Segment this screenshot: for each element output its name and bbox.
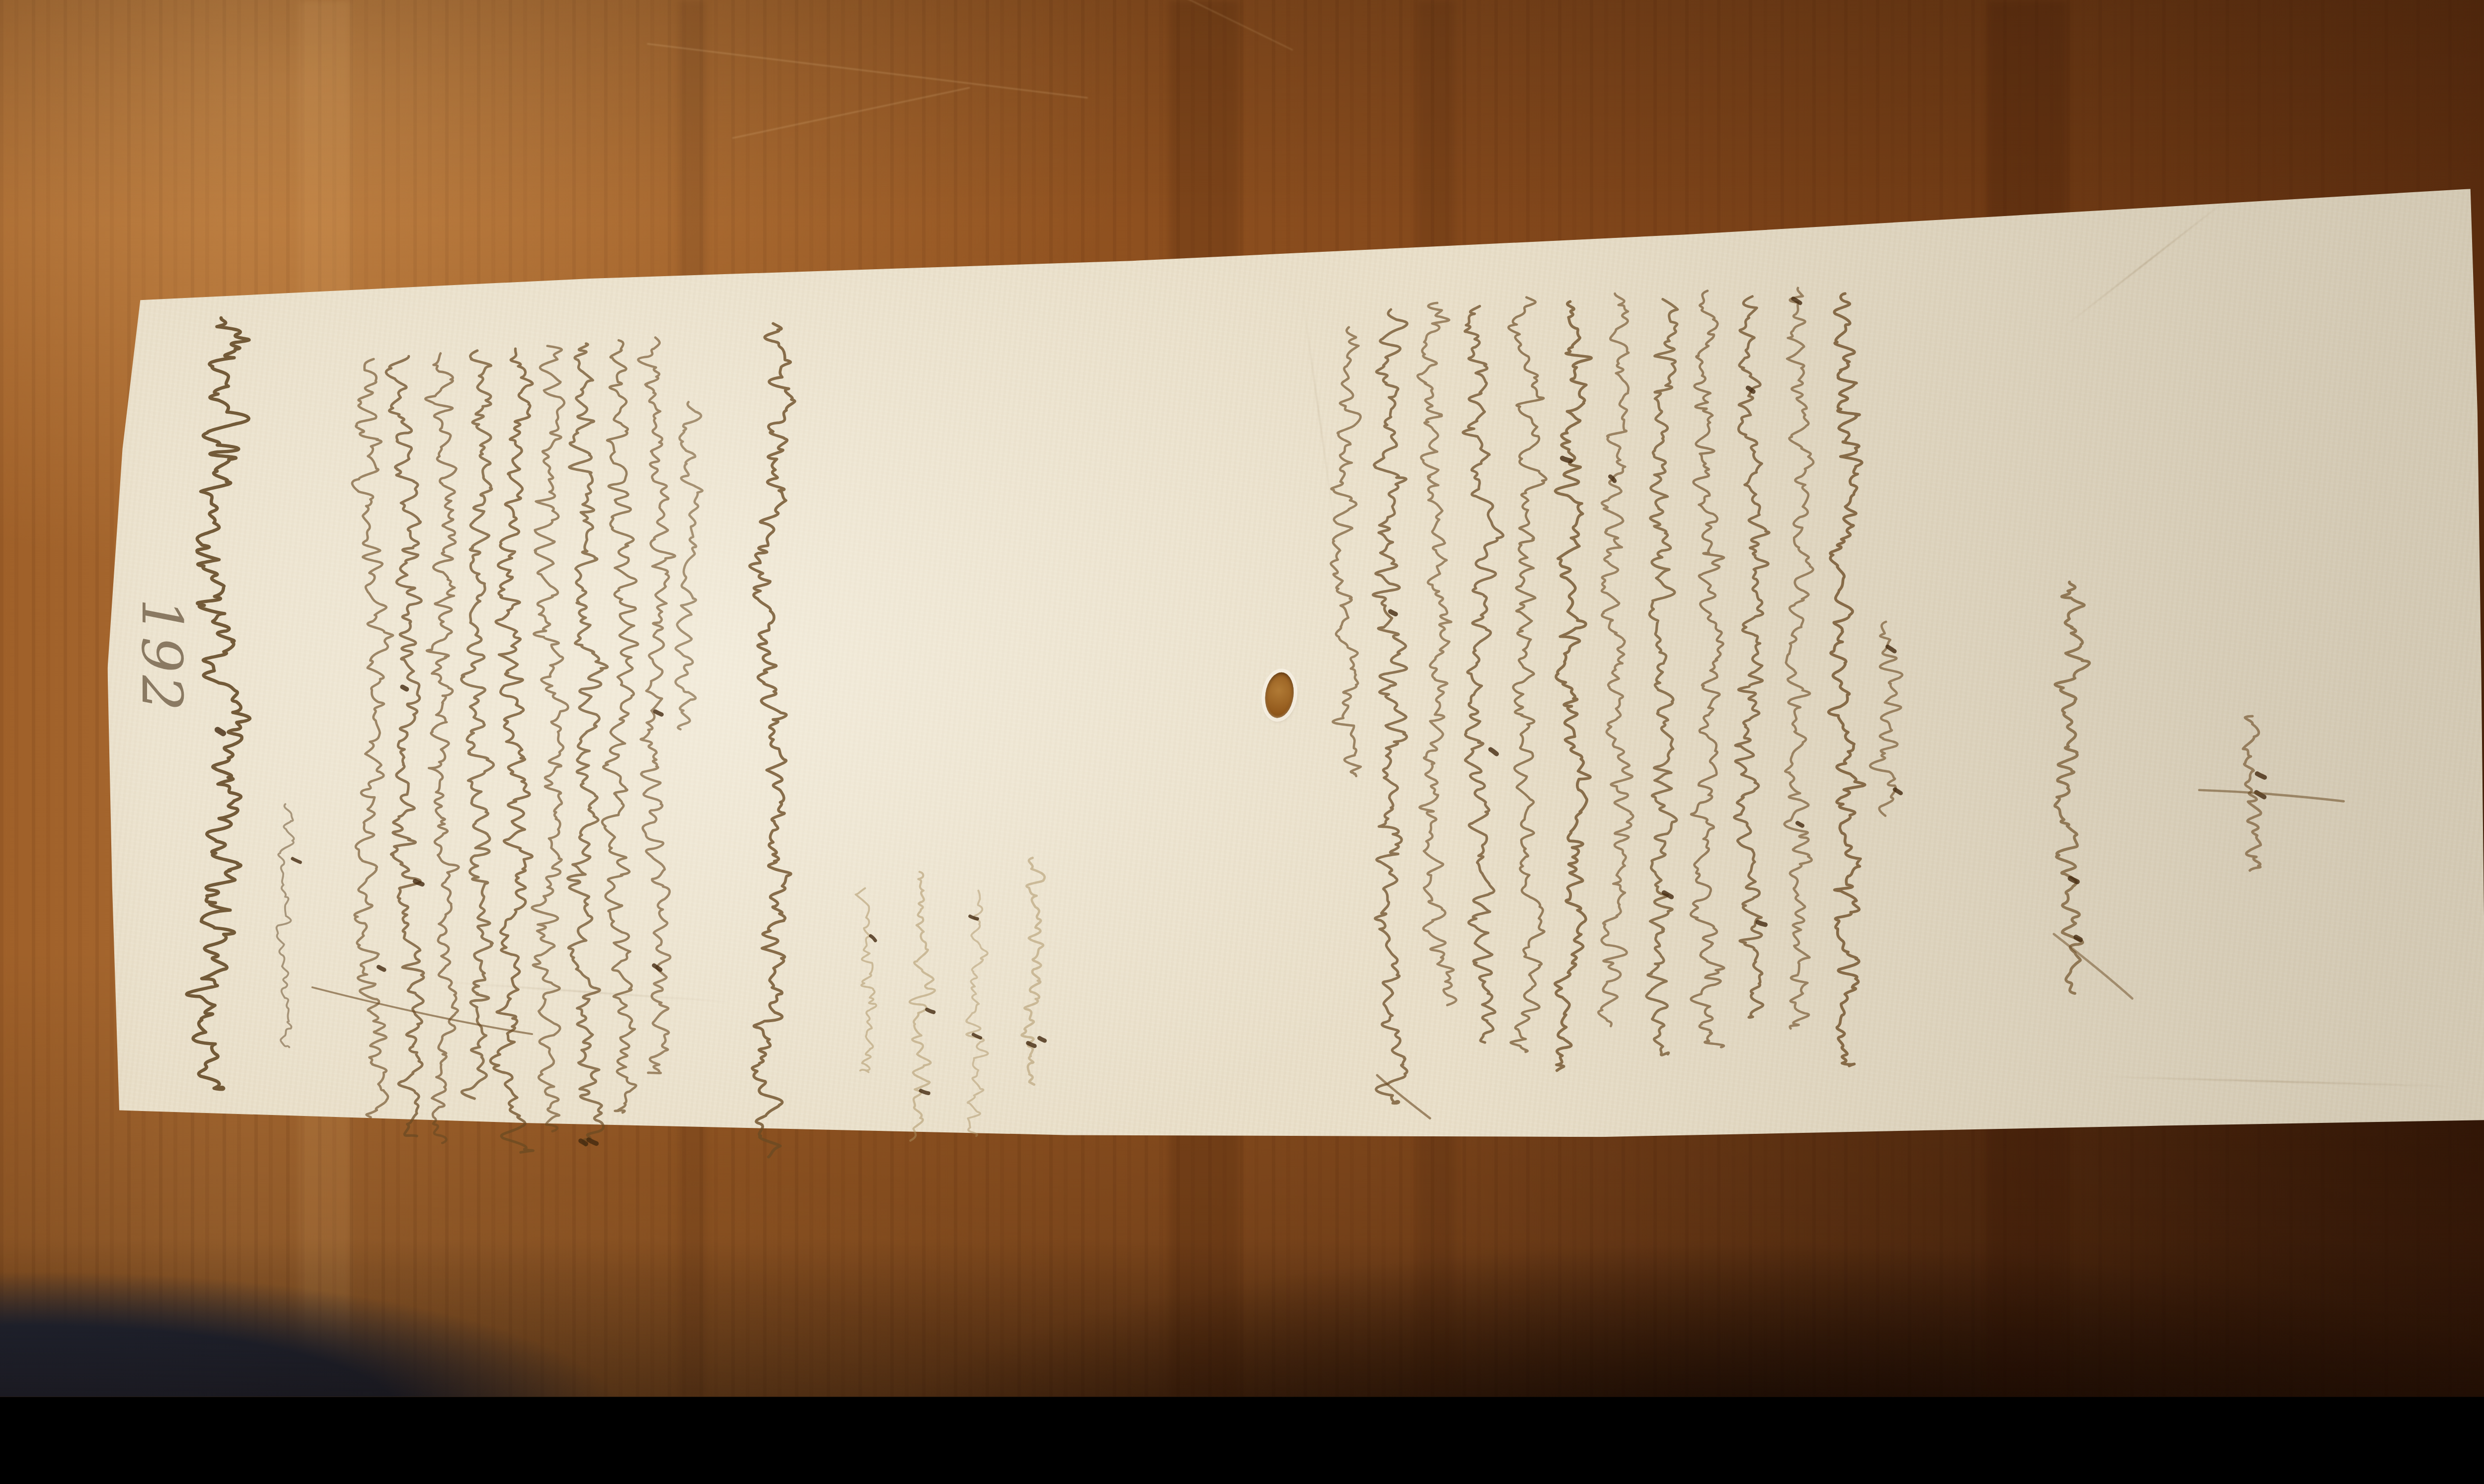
- ink-blot: [1758, 922, 1765, 925]
- flourish-stroke: [2054, 934, 2132, 999]
- handwriting-layer: 192: [0, 0, 2484, 1397]
- flourish-stroke: [1377, 1075, 1430, 1118]
- handwriting-line: [1691, 291, 1724, 1047]
- ink-blot: [1895, 790, 1901, 793]
- ink-blot: [1490, 749, 1496, 754]
- photo-scene: 192: [0, 0, 2484, 1397]
- handwriting-line: [1598, 294, 1633, 1026]
- ink-blot: [293, 859, 301, 862]
- handwriting-line: [1734, 297, 1769, 1018]
- handwriting-line: [425, 354, 459, 1143]
- handwriting-line: [2055, 582, 2090, 993]
- handwriting-line: [750, 323, 795, 1157]
- handwriting-line: [676, 402, 702, 729]
- ink-blot: [654, 965, 660, 970]
- ink-blot: [2070, 879, 2077, 882]
- handwriting-line: [490, 349, 533, 1152]
- handwriting-line: [187, 318, 250, 1089]
- ink-blot: [871, 936, 875, 940]
- handwriting-line: [1463, 306, 1503, 1042]
- ink-blot: [402, 687, 407, 689]
- handwriting-line: [1021, 858, 1044, 1085]
- ink-blot: [1028, 1043, 1034, 1046]
- handwriting-line: [532, 346, 568, 1131]
- handwriting-line: [966, 890, 988, 1136]
- ink-blot: [2257, 774, 2264, 777]
- handwriting-line: [1331, 327, 1361, 776]
- handwriting-line: [638, 338, 675, 1073]
- handwriting-line: [1508, 297, 1546, 1052]
- ink-blot: [970, 916, 978, 919]
- handwriting-line: [855, 888, 876, 1072]
- handwriting-line: [1417, 303, 1456, 1005]
- handwriting-lines: [187, 288, 2344, 1157]
- ink-blot: [1797, 823, 1802, 825]
- ink-blot: [1039, 1038, 1045, 1040]
- ink-blot: [921, 1091, 929, 1093]
- folio-number: 192: [129, 598, 195, 714]
- handwriting-line: [1785, 288, 1813, 1029]
- ink-blot: [1748, 388, 1754, 391]
- ink-blot: [2076, 937, 2081, 940]
- ink-blot: [1391, 611, 1396, 614]
- ink-blot: [581, 1141, 586, 1144]
- handwriting-line: [1829, 294, 1865, 1066]
- ink-blot: [927, 1010, 933, 1012]
- handwriting-line: [1373, 309, 1407, 1103]
- handwriting-line: [277, 804, 294, 1047]
- ink-blot: [655, 711, 662, 714]
- handwriting-line: [1555, 301, 1591, 1070]
- handwriting-line: [910, 872, 935, 1140]
- ink-blot: [415, 881, 422, 884]
- ink-blot: [218, 730, 223, 733]
- ink-blot: [379, 967, 384, 970]
- handwriting-line: [386, 356, 424, 1136]
- handwriting-line: [462, 351, 494, 1099]
- flourish-stroke: [2199, 790, 2344, 802]
- handwriting-line: [602, 340, 638, 1113]
- ink-blot: [1562, 458, 1570, 461]
- handwriting-line: [1646, 299, 1678, 1055]
- handwriting-line: [1870, 622, 1902, 816]
- handwriting-line: [568, 344, 608, 1145]
- ink-blot: [1888, 647, 1895, 651]
- handwriting-line: [352, 359, 393, 1117]
- ink-blot: [589, 1140, 597, 1144]
